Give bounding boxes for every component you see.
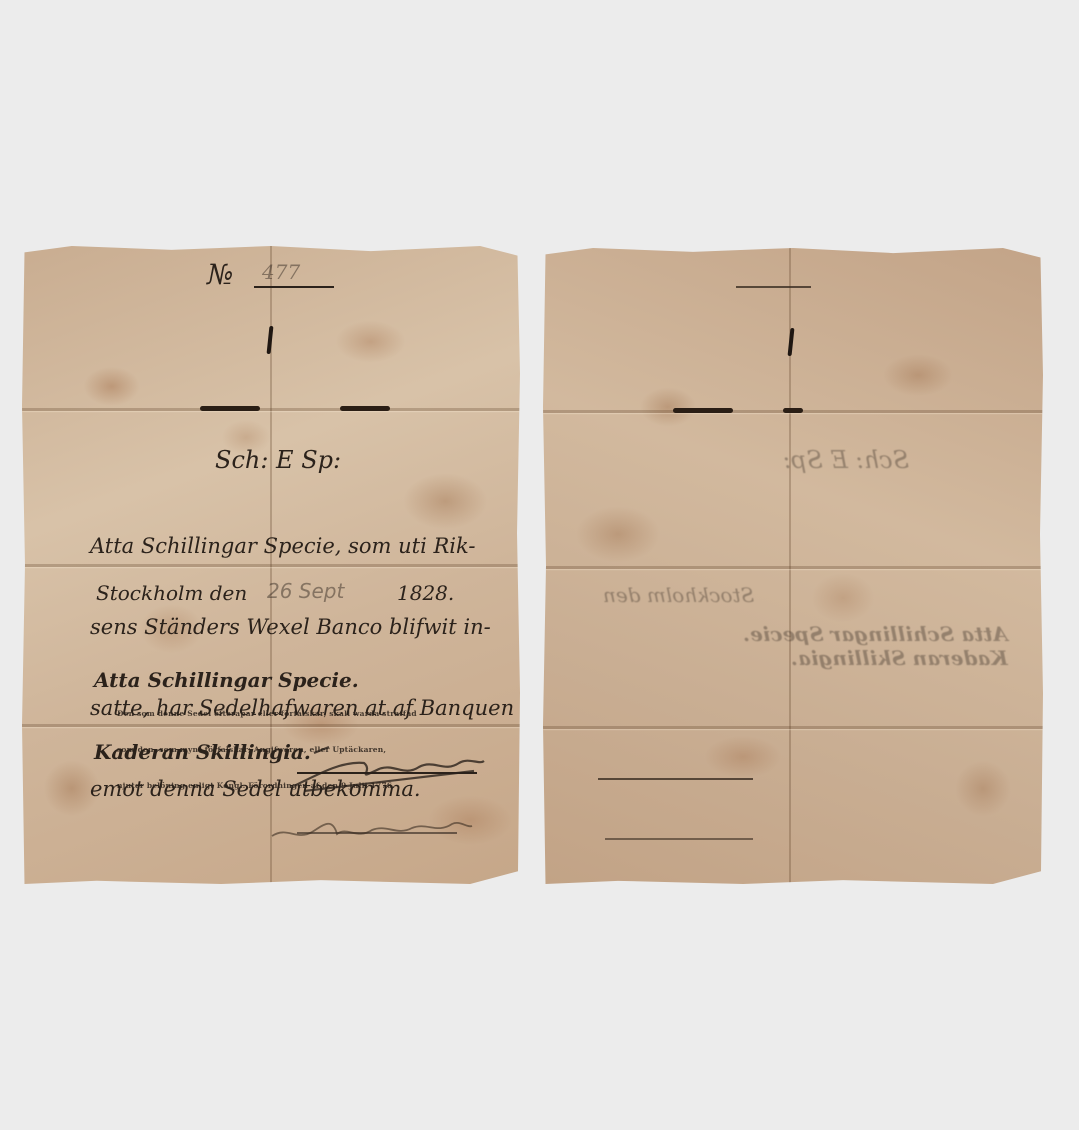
signature-2 [262,806,482,856]
fold-line-horizontal-3 [543,726,1043,729]
signature-1 [284,741,494,801]
issue-place: Stockholm den [96,581,247,605]
fold-line-horizontal-1 [22,408,520,411]
value-line: Atta Schillingar Specie. [743,622,1008,646]
fold-tear [340,406,390,411]
banknote-back: Sch: E Sp: Stockholm den Atta Schillinga… [543,248,1043,884]
issue-year: 1828. [397,581,454,605]
issue-date-handwritten: 26 Sept [267,579,344,603]
place-showthrough: Stockholm den [603,583,754,607]
cut-mark [267,326,274,354]
fold-line-horizontal-2 [543,566,1043,569]
value-showthrough: Atta Schillingar Specie. Kaderan Skillin… [743,622,1008,670]
serial-underline-showthrough [736,286,811,288]
fold-tear [783,408,803,413]
fine-print-line: Den som denne Sedel efterapar eller förf… [117,708,417,720]
denomination-showthrough: Sch: E Sp: [783,446,909,474]
serial-number: 477 [262,260,300,284]
banknote-front: № 477 Sch: E Sp: Atta Schillingar Specie… [22,246,520,884]
denomination-abbreviation: Sch: E Sp: [215,446,341,474]
signature-line-showthrough [605,838,753,840]
serial-prefix: № [207,258,234,291]
body-line: Atta Schillingar Specie, som uti Rik- [90,533,514,560]
serial-underline [254,286,334,288]
value-line: Kaderan Skillingia. [743,646,1008,670]
fold-tear [200,406,260,411]
signature-line-showthrough [598,778,753,780]
fold-tear [673,408,733,413]
